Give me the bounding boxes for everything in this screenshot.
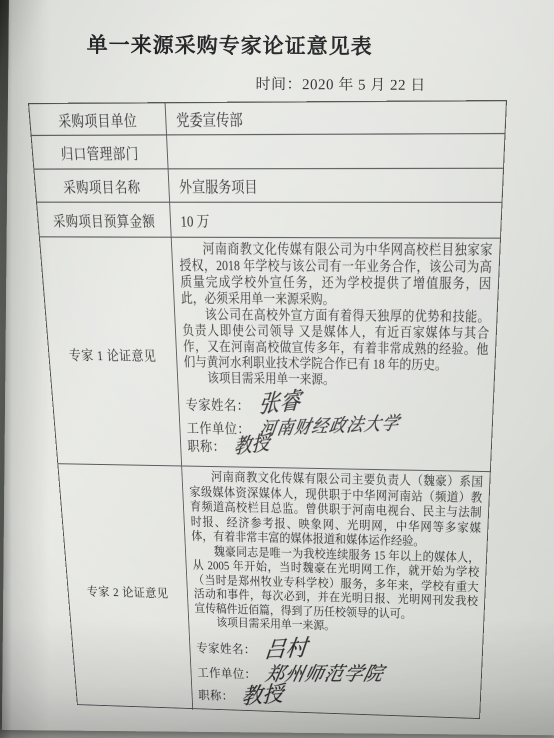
date-line: 时间：2020 年 5 月 22 日 [255, 73, 425, 95]
expert1-title-signature: 教授 [234, 435, 270, 454]
expert1-name-signature: 张睿 [258, 394, 301, 414]
expert1-unit-signature: 河南财经政法大学 [258, 416, 400, 437]
expert2-title-signature: 教授 [241, 687, 283, 704]
row-label-project-name: 采购项目名称 [34, 169, 170, 202]
row-label-project-unit: 采购项目单位 [29, 103, 167, 136]
form-title: 单一来源采购专家论证意见表 [0, 28, 460, 61]
table-grid: 采购项目单位 党委宣传部 归口管理部门 采购项目名称 外宣服务项目 采购项目预算… [28, 100, 507, 719]
row-label-budget: 采购项目预算金额 [37, 203, 172, 238]
expert-title-label: 职称： [187, 439, 225, 455]
row-value-project-name: 外宣服务项目 [169, 169, 503, 203]
expert-title-label: 职称： [198, 689, 234, 704]
expert2-label-cell: 专家 2 论证意见 [58, 464, 193, 710]
expert2-unit-signature: 郑州师范学院 [264, 668, 385, 682]
expert2-opinion-cell: 河南商教文化传媒有限公司主要负责人（魏豪）系国家级媒体资深媒体人，现供职于中华网… [182, 466, 490, 719]
row-value-managing-department [167, 134, 504, 169]
row-value-project-unit: 党委宣传部 [166, 101, 506, 135]
expert-unit-label: 工作单位： [197, 666, 257, 681]
row-value-budget: 10 万 [170, 203, 501, 239]
expert-name-label: 专家姓名： [196, 641, 256, 657]
opinion-paragraph: 该公司在高校外宣方面有着得天独厚的优势和技能。负责人即使公司领导 又是媒体人，有… [181, 307, 490, 374]
opinion-paragraph: 河南商教文化传媒有限公司主要负责人（魏豪）系国家级媒体资深媒体人，现供职于中华网… [188, 470, 483, 551]
opinion-paragraph: 河南商教文化传媒有限公司为中华网高校栏目独家家授权，2018 年学校与该公司有一… [178, 241, 492, 309]
expert1-name-field: 专家姓名： 张睿 [185, 388, 487, 417]
opinion-table: 采购项目单位 党委宣传部 归口管理部门 采购项目名称 外宣服务项目 采购项目预算… [28, 100, 507, 719]
expert1-opinion-cell: 河南商教文化传媒有限公司为中华网高校栏目独家家授权，2018 年学校与该公司有一… [172, 238, 500, 472]
expert-name-label: 专家姓名： [185, 397, 249, 413]
expert1-label-cell: 专家 1 论证意见 [40, 237, 182, 466]
expert1-unit-field: 工作单位： 河南财经政法大学 [186, 413, 486, 441]
opinion-paragraph: 魏豪同志是唯一为我校连续服务 15 年以上的媒体人，从 2005 年开始，当时魏… [192, 544, 480, 623]
row-label-managing-department: 归口管理部门 [32, 135, 169, 169]
expert1-title-field: 职称： 教授 [187, 436, 485, 459]
expert2-name-signature: 吕村 [264, 641, 308, 658]
